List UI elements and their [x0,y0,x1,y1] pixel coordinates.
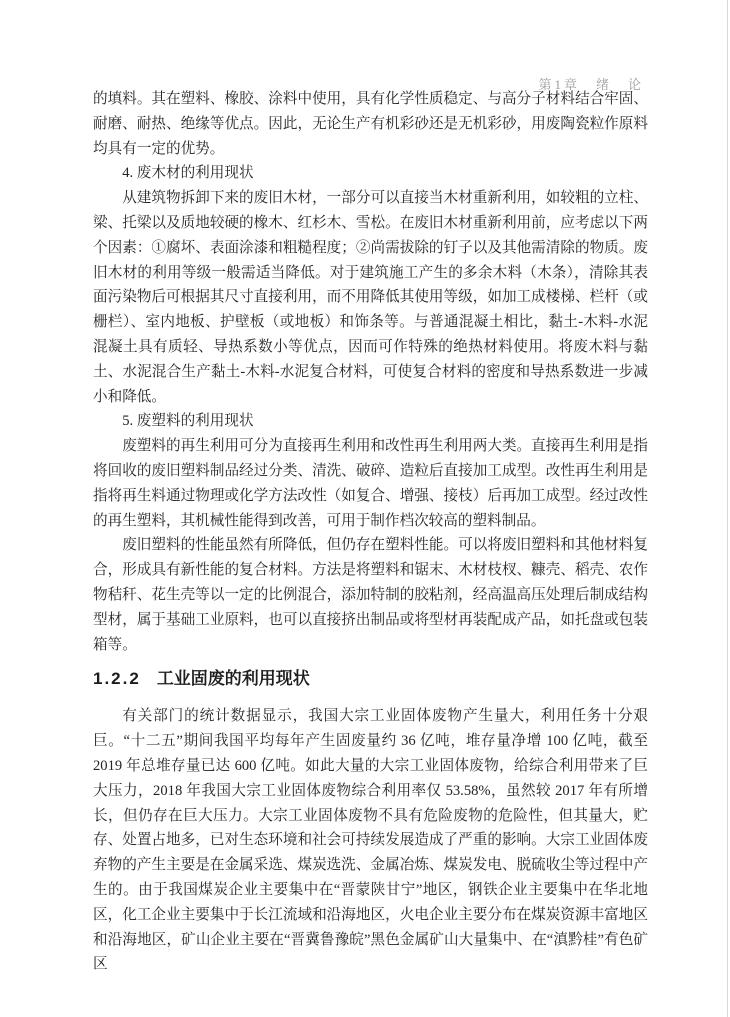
paragraph-industrial-solid-waste: 有关部门的统计数据显示，我国大宗工业固体废物产生量大，利用任务十分艰巨。“十二五… [93,704,648,977]
paragraph-plastic-recycling-2: 废旧塑料的性能虽然有所降低，但仍存在塑料性能。可以将废旧塑料和其他材料复合，形成… [93,533,648,657]
page-body: 的填料。其在塑料、橡胶、涂料中使用，具有化学性质稳定、与高分子材料结合牢固、耐磨… [93,87,648,977]
page-number: 5 [610,929,617,945]
paragraph-plastic-recycling-1: 废塑料的再生利用可分为直接再生利用和改性再生利用两大类。直接再生利用是指将回收的… [93,434,648,533]
paragraph-wood-waste: 从建筑物拆卸下来的废旧木材，一部分可以直接当木材重新利用，如较粗的立柱、梁、托梁… [93,186,648,409]
subsection-4-title: 4. 废木材的利用现状 [93,161,648,186]
subsection-5-title: 5. 废塑料的利用现状 [93,409,648,434]
book-page: 第1章 绪 论 的填料。其在塑料、橡胶、涂料中使用，具有化学性质稳定、与高分子材… [0,0,730,1017]
section-heading-1-2-2: 1.2.2工业固废的利用现状 [93,667,648,691]
section-number: 1.2.2 [93,669,141,688]
paragraph-continued-from-previous-page: 的填料。其在塑料、橡胶、涂料中使用，具有化学性质稳定、与高分子材料结合牢固、耐磨… [93,87,648,161]
section-title: 工业固废的利用现状 [157,669,310,688]
